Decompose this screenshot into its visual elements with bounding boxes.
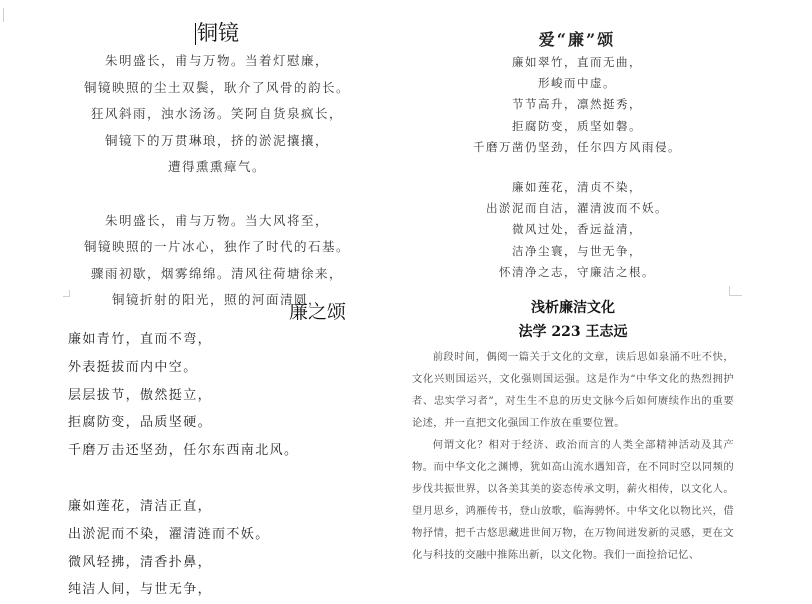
poem-ai-lian-song: 爱“廉”颂 廉如翠竹，直而无曲， 形峻而中虚。 节节高升，凛然挺秀， 拒腐防变，… (452, 28, 702, 283)
essay-paragraph: 何谓文化？相对于经济、政治而言的人类全部精神活动及其产物。而中华文化之渊博，犹如… (412, 434, 734, 566)
page-margin-mark (3, 8, 4, 22)
poem-line: 节节高升，凛然挺秀， (452, 94, 702, 115)
text-cursor (195, 23, 196, 45)
poem-line: 狂风斜雨，浊水汤汤。笑阿自货泉疯长， (62, 101, 372, 128)
poem-line: 拒腐防变，质坚如磐。 (452, 116, 702, 137)
page-corner-mark (729, 286, 742, 296)
poem-lian-zhi-song: 廉之颂 廉如青竹，直而不弯， 外表挺拔而内中空。 层层拔节，傲然挺立， 拒腐防变… (68, 298, 388, 604)
poem-tongjing: 铜镜 朱明盛长，甫与万物。当着灯慰廉， 铜镜映照的尘土双鬓，耿介了风骨的韵长。 … (62, 18, 372, 314)
stanza: 廉如莲花，清贞不染， 出淤泥而自洁，濯清波而不妖。 微风过处，香远益清， 洁净尘… (452, 177, 702, 283)
stanza: 廉如莲花，清洁正直， 出淤泥而不染，濯清涟而不妖。 微风轻拂，清香扑鼻， 纯洁人… (68, 493, 388, 604)
poem-line: 廉如莲花，清洁正直， (68, 493, 388, 521)
essay-title: 浅析廉洁文化 (412, 296, 734, 320)
poem-line: 千磨万击还坚劲，任尔东西南北风。 (68, 437, 388, 465)
poem-line: 层层拔节，傲然挺立， (68, 382, 388, 410)
essay-author: 法学 223 王志远 (412, 320, 734, 344)
essay-paragraph: 前段时间，偶阅一篇关于文化的文章，读后思如泉涌不吐不快，文化兴则国运兴，文化强则… (412, 346, 734, 434)
poem-line: 纯洁人间，与世无争， (68, 576, 388, 604)
poem-title: 爱“廉”颂 (452, 28, 702, 52)
poem-line: 廉如翠竹，直而无曲， (452, 52, 702, 73)
poem-line: 形峻而中虚。 (452, 73, 702, 94)
poem-line: 千磨万凿仍坚劲，任尔四方风雨侵。 (452, 137, 702, 158)
poem-line: 怀清净之志，守廉洁之根。 (452, 262, 702, 283)
poem-line: 骤雨初歇，烟雾绵绵。清风往荷塘徐来， (62, 261, 372, 288)
stanza: 朱明盛长，甫与万物。当着灯慰廉， 铜镜映照的尘土双鬓，耿介了风骨的韵长。 狂风斜… (62, 48, 372, 181)
poem-line: 出淤泥而自洁，濯清波而不妖。 (452, 198, 702, 219)
poem-line: 铜镜映照的一片冰心，独作了时代的石基。 (62, 234, 372, 261)
poem-line: 廉如莲花，清贞不染， (452, 177, 702, 198)
poem-line: 拒腐防变，品质坚硬。 (68, 409, 388, 437)
poem-line: 朱明盛长，甫与万物。当着灯慰廉， (62, 48, 372, 75)
poem-line: 出淤泥而不染，濯清涟而不妖。 (68, 521, 388, 549)
poem-line: 铜镜下的万贯琳琅，挤的淤泥攘攘， (62, 128, 372, 155)
poem-line: 遭得熏熏瘴气。 (62, 154, 372, 181)
essay-lian-jie-wen-hua: 浅析廉洁文化 法学 223 王志远 前段时间，偶阅一篇关于文化的文章，读后思如泉… (412, 296, 734, 566)
poem-line: 廉如青竹，直而不弯， (68, 326, 388, 354)
poem-title: 廉之颂 (68, 298, 388, 326)
poem-line: 微风过处，香远益清， (452, 219, 702, 240)
poem-line: 外表挺拔而内中空。 (68, 354, 388, 382)
poem-line: 洁净尘寰，与世无争， (452, 241, 702, 262)
poem-line: 铜镜映照的尘土双鬓，耿介了风骨的韵长。 (62, 75, 372, 102)
poem-line: 朱明盛长，甫与万物。当大风将至， (62, 208, 372, 235)
stanza: 廉如青竹，直而不弯， 外表挺拔而内中空。 层层拔节，傲然挺立， 拒腐防变，品质坚… (68, 326, 388, 465)
poem-title[interactable]: 铜镜 (62, 18, 372, 48)
poem-line: 微风轻拂，清香扑鼻， (68, 549, 388, 577)
stanza: 廉如翠竹，直而无曲， 形峻而中虚。 节节高升，凛然挺秀， 拒腐防变，质坚如磐。 … (452, 52, 702, 158)
